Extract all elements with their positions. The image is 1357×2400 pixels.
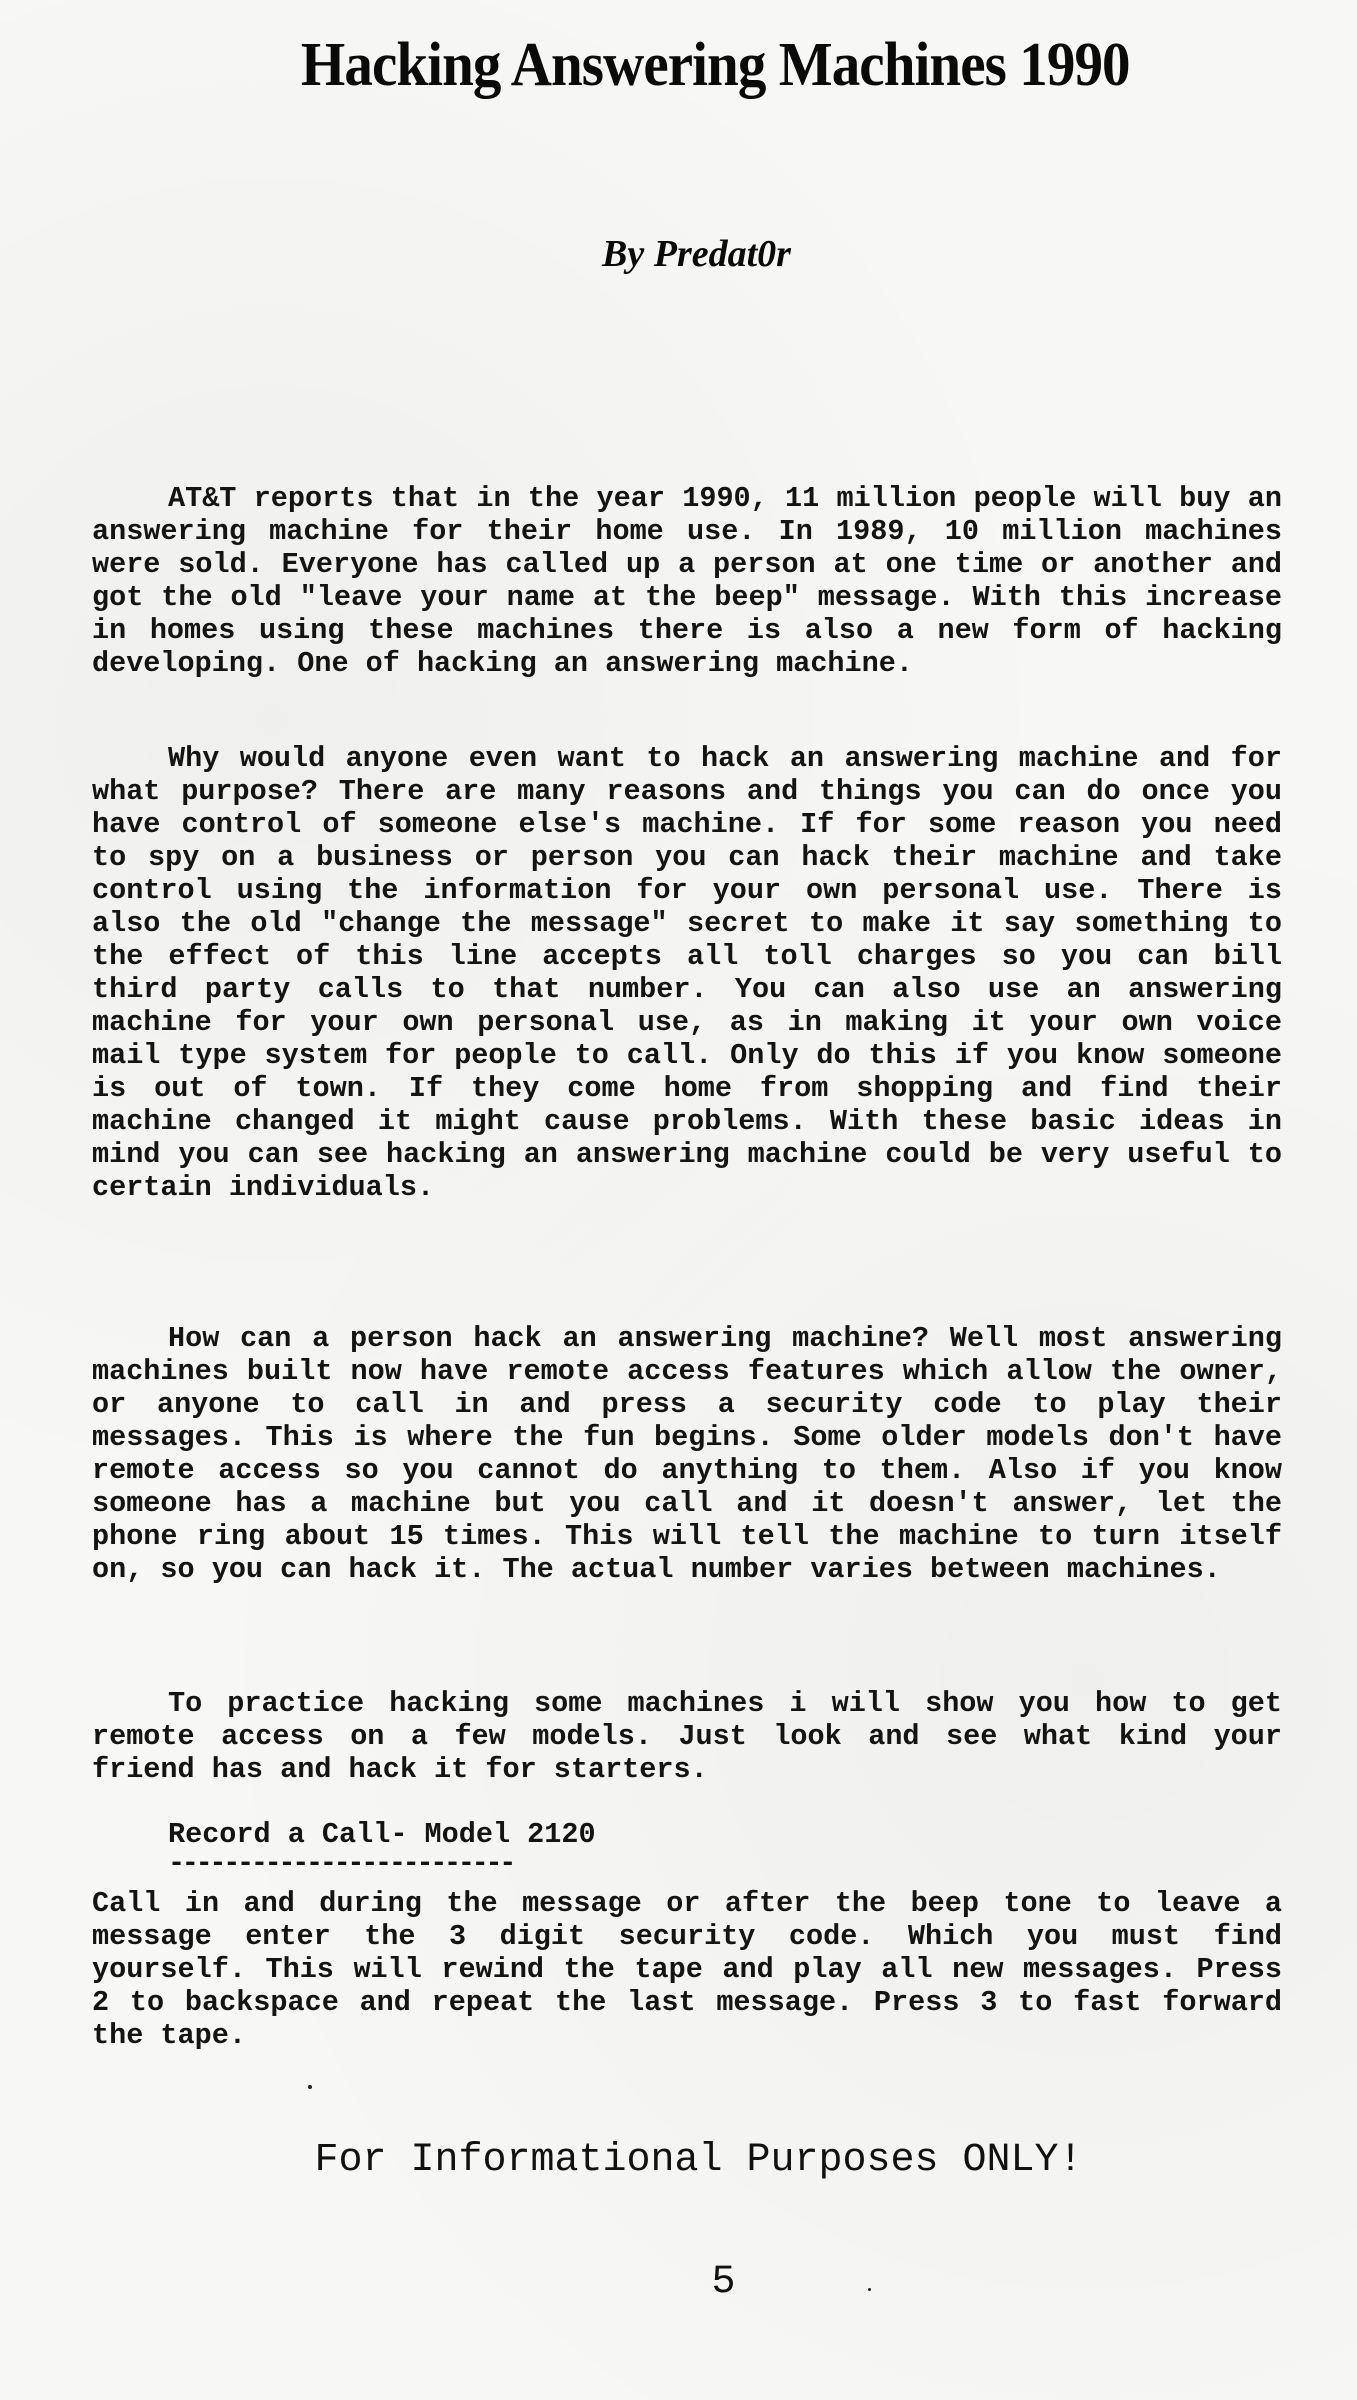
document-title: Hacking Answering Machines 1990 (54, 30, 1302, 101)
section-heading-underline: ------------------------- (168, 1852, 513, 1876)
author-byline: By Predat0r (0, 232, 1357, 276)
scan-speck (308, 2085, 312, 2089)
scan-speck (868, 2288, 871, 2291)
document-page: Hacking Answering Machines 1990 By Preda… (0, 0, 1357, 2400)
disclaimer: For Informational Purposes ONLY! (0, 2138, 1357, 2183)
paragraph-intro: AT&T reports that in the year 1990, 11 m… (92, 482, 1282, 680)
paragraph-model-2120: Call in and during the message or after … (92, 1887, 1282, 2052)
paragraph-practice: To practice hacking some machines i will… (92, 1687, 1282, 1786)
paragraph-how: How can a person hack an answering machi… (92, 1322, 1282, 1586)
paragraph-why: Why would anyone even want to hack an an… (92, 742, 1282, 1204)
page-number: 5 (0, 2260, 1357, 2305)
